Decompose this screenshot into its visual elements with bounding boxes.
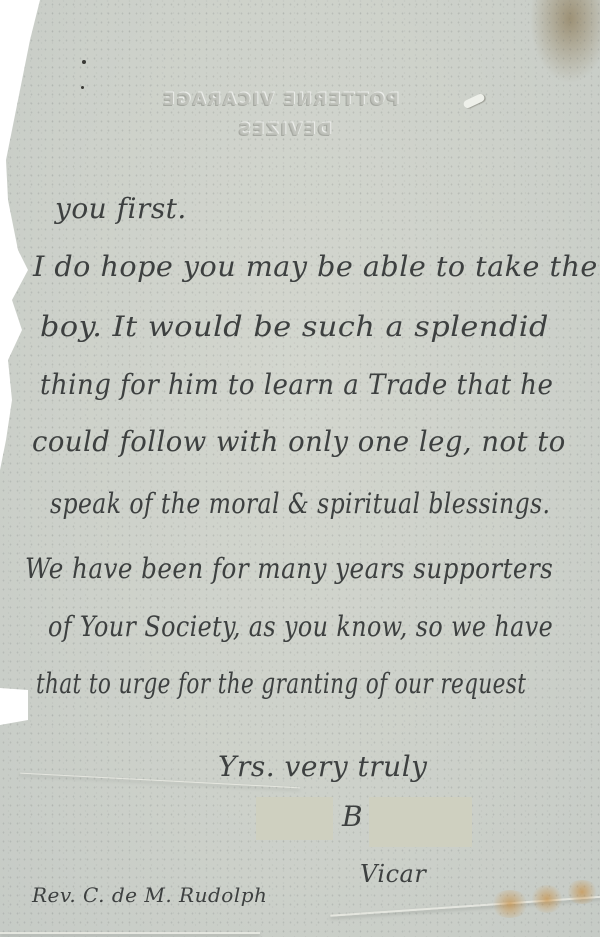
pin-hole: [81, 86, 84, 89]
letter-line-9: that to urge for the granting of our req…: [36, 667, 526, 700]
fold-crease: [0, 932, 260, 934]
letter-line-1: you first.: [55, 192, 187, 225]
letter-line-4: thing for him to learn a Trade that he: [40, 368, 553, 401]
pin-hole: [82, 60, 86, 64]
letterhead-line-2: DEVIZES: [0, 120, 584, 140]
signature-initial: B: [342, 800, 363, 833]
signature-title: Vicar: [360, 860, 426, 888]
letter-line-3: boy. It would be such a splendid: [40, 310, 549, 343]
redaction-box-1: [256, 797, 333, 840]
redaction-box-2: [369, 797, 472, 847]
rust-stain: [565, 880, 599, 904]
letter-line-5: could follow with only one leg, not to: [32, 425, 566, 458]
rust-stain: [530, 885, 564, 913]
addressee: Rev. C. de M. Rudolph: [32, 883, 267, 907]
letter-line-8: of Your Society, as you know, so we have: [48, 610, 553, 643]
letterhead-line-1: POTTERNE VICARAGE: [0, 90, 580, 110]
closing: Yrs. very truly: [218, 750, 427, 783]
letter-paper: POTTERNE VICARAGE DEVIZES you first. I d…: [0, 0, 600, 937]
letter-line-7: We have been for many years supporters: [25, 552, 553, 585]
letter-line-2: I do hope you may be able to take the: [33, 250, 598, 283]
rust-stain: [490, 890, 530, 918]
letter-line-6: speak of the moral & spiritual blessings…: [50, 487, 550, 520]
